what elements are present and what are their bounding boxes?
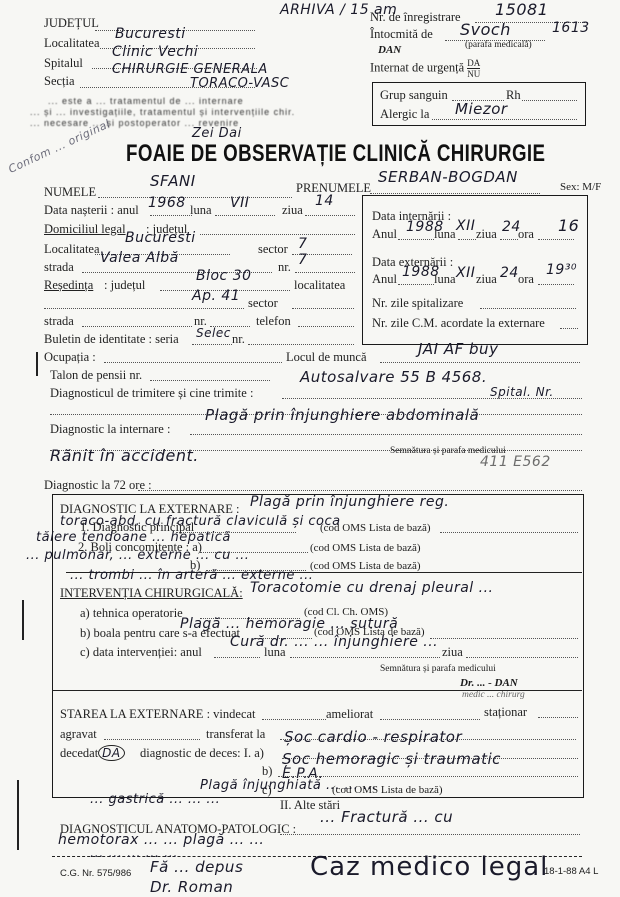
localitatea-label: Localitatea — [44, 242, 100, 257]
zile-spitalizare-label: Nr. zile spitalizare — [372, 296, 463, 311]
dan-text: DAN — [378, 44, 401, 56]
cod-oms-boli-b: (cod OMS Lista de bază) — [310, 560, 421, 572]
buletin-seria-value: Selec — [196, 326, 231, 340]
semnatura-internare-value: 411 E562 — [480, 454, 551, 470]
doctor-stamp: Dr. ... - DAN — [460, 677, 518, 689]
externare-luna-value: XII — [456, 265, 475, 281]
anatomo-hw1: ... Fractură ... cu — [320, 808, 453, 826]
diag-72-label: Diagnostic la 72 ore : — [44, 478, 152, 493]
scan-margin-mark — [36, 352, 38, 376]
cg-number: C.G. Nr. 575/986 — [60, 868, 131, 879]
interventie-luna-label: luna — [264, 645, 286, 660]
strada-nr-value: 7 — [298, 252, 307, 268]
ziua-nasterii-label: ziua — [282, 203, 303, 218]
data-interventiei-label: c) data intervenției: anul — [80, 645, 202, 660]
strada-label: strada — [44, 260, 74, 275]
externare-hw-line: Plagă prin înjunghiere reg. — [250, 494, 449, 510]
strada2-label: strada — [44, 314, 74, 329]
intocmita-label: Întocmită de — [370, 27, 433, 42]
urgenta-da[interactable]: DA — [467, 58, 480, 69]
page-title: FOAIE DE OBSERVAȚIE CLINICĂ CHIRURGIE — [126, 140, 545, 168]
transferat-label[interactable]: transferat la — [206, 727, 265, 742]
medical-observation-form: JUDEȚUL Localitatea Bucuresti Spitalul C… — [0, 0, 620, 897]
localitatea-value: Bucuresti — [125, 230, 196, 246]
scan-margin-mark — [17, 780, 19, 850]
stare-externare-label: STAREA LA EXTERNARE : vindecat — [60, 707, 256, 722]
handwritten-note: Zei Dai — [192, 126, 242, 141]
luna-nasterii-label: luna — [190, 203, 212, 218]
signature-name: Dr. Roman — [150, 878, 233, 896]
resedinta-localitatea-label: localitatea — [294, 278, 345, 293]
resedinta-label: Reședința — [44, 278, 93, 293]
alergic-value: Miezor — [455, 100, 508, 118]
talon-label: Talon de pensii nr. — [50, 368, 142, 383]
resedinta-judet-label: : județul — [104, 278, 145, 293]
judet-label: JUDEȚUL — [44, 16, 99, 31]
localitate-label: Localitatea — [44, 36, 100, 51]
tehnica-label: a) tehnica operatorie — [80, 606, 183, 621]
sector-value: 7 — [298, 236, 307, 252]
anul-nasterii-value: 1968 — [148, 195, 186, 211]
locul-munca-value: JAI AF buy — [418, 340, 498, 358]
internat-urgenta-label: Internat de urgență DANU — [370, 58, 480, 79]
externare-ziua-value: 24 — [500, 265, 519, 281]
vindecat-option[interactable]: vindecat — [213, 707, 255, 721]
spital-label: Spitalul — [44, 56, 83, 71]
decedat-mark: DA — [98, 745, 124, 761]
decedat-option[interactable]: decedatDA — [60, 746, 125, 761]
stationar-option[interactable]: staționar — [484, 705, 527, 720]
caz-medico-legal-note: Caz medico legal — [310, 852, 548, 882]
intocmita-value: Svoch — [460, 20, 511, 39]
faded-notice-line: ... este a ... tratamentul de ... intern… — [48, 96, 244, 106]
internare-ziua-label: ziua — [476, 227, 497, 242]
alte-stari-hw1: Plagă înjunghiată ... ... ... — [200, 778, 377, 793]
buletin-label: Buletin de identitate : seria — [44, 332, 179, 347]
buletin-nr-label: nr. — [232, 332, 245, 347]
interventie-ziua-label: ziua — [442, 645, 463, 660]
internare-anul-label: Anul — [372, 227, 397, 242]
spital-value: CHIRURGIE GENERALA — [112, 62, 268, 77]
nume-label: NUMELE — [44, 185, 96, 200]
ziua-nasterii-value: 14 — [315, 193, 334, 209]
externare-ora-label: ora — [518, 272, 534, 287]
alergic-label: Alergic la — [380, 107, 429, 122]
internat-urgenta-text: Internat de urgență — [370, 60, 464, 74]
nume-value: SFANI — [150, 172, 196, 190]
agravat-option[interactable]: agravat — [60, 727, 97, 742]
internare-luna-label: luna — [434, 227, 456, 242]
prenume-value: SERBAN-BOGDAN — [378, 168, 518, 186]
externare-ora-value: 19³⁰ — [546, 262, 577, 278]
luna-nasterii-value: VII — [230, 195, 249, 211]
localitate-value: Bucuresti — [115, 26, 186, 42]
sectia-label: Secția — [44, 74, 75, 89]
sectia-value: TORACO-VASC — [190, 76, 289, 91]
diag-internare-value2: Rănit în accident. — [50, 446, 199, 465]
cod-oms-boli-a: (cod OMS Lista de bază) — [310, 542, 421, 554]
urgenta-nu[interactable]: NU — [467, 69, 480, 79]
alte-stari-hw2: ... gastrică ... ... ... — [90, 792, 220, 807]
diag-trimitere-label: Diagnosticul de trimitere și cine trimit… — [50, 386, 253, 401]
print-code: 18-1-88 A4 L — [544, 866, 598, 877]
nr-inregistrare-label: Nr. de înregistrare — [370, 10, 461, 25]
data-nasterii-label: Data nașterii : anul — [44, 203, 139, 218]
domiciliu-label: Domiciliul legal — [44, 222, 126, 237]
decedat-text: decedat — [60, 746, 98, 760]
diag-internare-label: Diagnostic la internare : — [50, 422, 170, 437]
telefon-label: telefon — [256, 314, 291, 329]
internare-ora-value: 16 — [558, 216, 579, 235]
signature-extra: Fă ... depus — [150, 858, 243, 876]
parafa-label: (parafa medicală) — [465, 40, 532, 50]
rh-label: Rh — [506, 88, 521, 103]
externare-luna-label: luna — [434, 272, 456, 287]
ameliorat-option[interactable]: ameliorat — [326, 707, 373, 722]
interventie-hw: Toracotomie cu drenaj pleural ... — [250, 580, 494, 596]
semnatura-interventie-label: Semnătura și parafa medicului — [380, 664, 496, 674]
deces-b-label: b) — [262, 764, 272, 779]
externare-anul-label: Anul — [372, 272, 397, 287]
zile-cm-label: Nr. zile C.M. acordate la externare — [372, 316, 545, 331]
urgenta-da-nu[interactable]: DANU — [467, 58, 480, 79]
grup-sanguin-label: Grup sanguin — [380, 88, 448, 103]
externare-hw-line: ... pulmonar, ... externe ... cu ... — [26, 548, 249, 563]
doctor-stamp-line2: medic ... chirurg — [462, 690, 525, 700]
resedinta-judet-value: Bloc 30 — [196, 268, 252, 284]
diag-trimitere-value2: Spital. Nr. — [490, 385, 554, 399]
spital-value-line1: Clinic Vechi — [112, 44, 198, 60]
faded-notice-line: ... și ... investigațiile, tratamentul ș… — [30, 107, 295, 117]
stare-externare-text: STAREA LA EXTERNARE : — [60, 707, 210, 721]
diag-internare-value: Plagă prin înjunghiere abdominală — [205, 406, 479, 424]
interventie-hw3: Cură dr. ... ... înjunghiere ... — [230, 634, 438, 650]
internare-ora-label: ora — [518, 227, 534, 242]
strada-value: Valea Albă — [100, 250, 179, 266]
boala-label: b) boala pentru care s-a efectuat — [80, 626, 240, 641]
nr-inregistrare-value: 15081 — [495, 0, 548, 19]
resedinta-sector-label: sector — [248, 296, 278, 311]
cod-oms-principal: (cod OMS Lista de bază) — [320, 522, 431, 534]
externare-ziua-label: ziua — [476, 272, 497, 287]
diag-deces-label: diagnostic de deces: I. a) — [140, 746, 264, 761]
locul-munca-label: Locul de muncă — [286, 350, 367, 365]
deces-a-value: Șoc cardio - respirator — [284, 728, 462, 746]
sector-label: sector — [258, 242, 288, 257]
ocupatia-label: Ocupația : — [44, 350, 96, 365]
resedinta-line2-value: Ap. 41 — [192, 288, 240, 304]
scan-margin-mark — [22, 600, 24, 640]
sex-label: Sex: M/F — [560, 181, 601, 193]
strada-nr-label: nr. — [278, 260, 291, 275]
internare-luna-value: XII — [456, 218, 475, 234]
interventie-label: INTERVENȚIA CHIRURGICALĂ: — [60, 586, 243, 601]
nr-inregistrare-extra: 1613 — [552, 20, 590, 36]
diag-trimitere-value: Autosalvare 55 B 4568. — [300, 368, 487, 386]
